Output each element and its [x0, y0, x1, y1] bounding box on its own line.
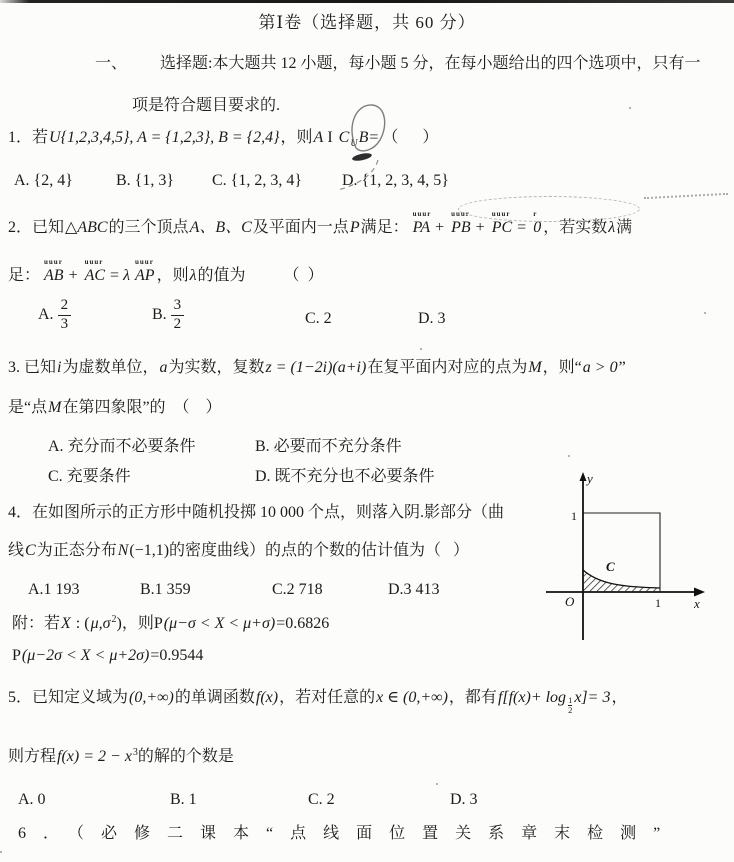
note-value-2: =0.9544: [150, 647, 203, 664]
question-4-stem-line1: 4．在如图所示的正方形中随机投掷 10 000 个点，则落入阴.影部分（曲: [8, 503, 504, 524]
note-text-2: : (: [72, 615, 90, 632]
note-line2: P(μ−2σ < X < μ+2σ)=0.9544: [12, 646, 203, 667]
vector-PC-base: PC: [492, 219, 512, 236]
scan-speckle: [568, 455, 570, 457]
q3-text-1: 3. 已知: [8, 359, 56, 376]
page-title: 第Ⅰ卷（选择题，共 60 分）: [0, 12, 734, 34]
question-5-stem-line2: 则方程f(x) = 2 − x3的解的个数是: [8, 746, 234, 768]
q2-math-P: P: [349, 219, 361, 236]
question-2-stem-line2: 足：uuurAB+uuurAC=λuuurAP，则λ的值为（ ）: [8, 266, 324, 287]
q2-option-c: C. 2: [305, 310, 332, 328]
figure-label-c: C: [606, 559, 615, 574]
q2-text-7: 足：: [8, 267, 40, 284]
vector-PA-base: PA: [413, 219, 430, 236]
log-base-numerator: 1: [568, 695, 572, 705]
vector-AP-base: AP: [135, 267, 155, 284]
q2-text-4: 满足：: [361, 219, 409, 236]
q5-text-4: ，都有: [449, 689, 497, 706]
figure-shaded-region: [583, 570, 660, 592]
q2-option-b-label: B.: [152, 306, 167, 323]
q3-text-4: 在复平面内对应的点为: [367, 359, 527, 376]
section-marker: 一、: [95, 54, 127, 75]
vector-AC: uuurAC: [83, 266, 107, 287]
q4-option-d: D.3 413: [388, 581, 440, 599]
q5-math-fx: f(x): [255, 689, 279, 706]
pen-loop: [352, 105, 385, 151]
vector-PC: uuurPC: [490, 218, 514, 239]
question-3-stem-line1: 3. 已知i为虚数单位，a为实数，复数z = (1−2i)(a+i)在复平面内对…: [8, 358, 626, 379]
q2-math-lambda-1: λ: [607, 219, 616, 236]
q5-text-1: 5．已知定义域为: [8, 689, 128, 706]
q1-option-a: A. {2, 4}: [14, 172, 73, 190]
q3-text-2: 为虚数单位，: [62, 359, 158, 376]
equals-sign: =: [107, 267, 122, 284]
q5-text-2: 的单调函数: [175, 689, 255, 706]
q2-math-lambda-3: λ: [189, 267, 198, 284]
question-5-stem-line1: 5．已知定义域为(0,+∞)的单调函数f(x)，若对任意的x ∈ (0,+∞)，…: [8, 688, 627, 715]
q5-math-x-domain: x ∈ (0,+∞): [375, 689, 449, 706]
vector-PB: uuurPB: [449, 218, 473, 239]
scan-artifact-top-edge: [0, 0, 734, 3]
vector-arrow-mark: uuur: [44, 258, 63, 267]
section-instructions-line1: 选择题:本大题共 12 小题，每小题 5 分，在每小题给出的四个选项中，只有一: [160, 54, 700, 75]
q2-option-a-label: A.: [38, 306, 54, 323]
q2-math-lambda-2: λ: [122, 267, 131, 284]
vector-AB: uuurAB: [42, 266, 66, 287]
q3-math-a-positive: a > 0: [582, 359, 619, 376]
fraction-three-halves: 32: [171, 298, 185, 333]
note-text-4: P: [12, 647, 21, 664]
scan-speckle: [436, 783, 438, 785]
q2-text-1: 2．已知: [8, 219, 64, 236]
fraction-numerator: 3: [171, 298, 185, 315]
q3-option-d: D. 既不充分也不必要条件: [255, 463, 435, 486]
q3-text-8: 在第四象限”的 （ ）: [62, 399, 221, 416]
fraction-denominator: 3: [58, 315, 72, 333]
q2-option-d: D. 3: [418, 310, 446, 328]
question-4-figure: y 1 C O 1 x: [546, 472, 734, 644]
note-value-1: =0.6826: [276, 615, 329, 632]
log-base-one-half: 12: [568, 696, 572, 715]
q5-option-d: D. 3: [450, 791, 478, 809]
q5-option-c: C. 2: [308, 791, 335, 809]
q3-math-a: a: [158, 359, 168, 376]
pen-annotation-q1: [322, 96, 417, 206]
note-math-X: X: [60, 615, 72, 632]
pen-tail: [338, 160, 378, 190]
q3-math-M: M: [527, 359, 542, 376]
q2-option-b: B.32: [152, 298, 184, 333]
q3-option-a: A. 充分而不必要条件: [48, 433, 196, 456]
q5-math-equals-3: x]= 3: [573, 689, 611, 706]
pen-smudge: [352, 152, 373, 162]
vector-arrow-mark: uuur: [85, 258, 104, 267]
scan-speckle: [629, 107, 631, 109]
vector-PB-base: PB: [451, 219, 471, 236]
q4-text-1: 线: [8, 542, 24, 559]
q4-option-b: B.1 359: [140, 581, 191, 599]
scanned-exam-document: 第Ⅰ卷（选择题，共 60 分） 一、 选择题:本大题共 12 小题，每小题 5 …: [0, 0, 734, 862]
q4-text-3: (−1,1)的密度曲线）的点的个数的估计值为（ ）: [129, 542, 469, 559]
note-math-prob1: (μ−σ < X < μ+σ): [163, 615, 276, 632]
plus-sign: +: [432, 219, 447, 236]
vector-AP: uuurAP: [133, 266, 157, 287]
q5-text-3: ，若对任意的: [279, 689, 375, 706]
q5-option-b: B. 1: [170, 791, 197, 809]
q2-text-3: 及平面内一点: [253, 219, 349, 236]
q2-text-2: 的三个顶点: [109, 219, 189, 236]
q3-math-z: z = (1−2i)(a+i): [265, 359, 368, 376]
q1-text-2: ，则: [281, 129, 313, 146]
plus-sign: +: [473, 219, 488, 236]
q4-text-2: 为正态分布: [37, 542, 117, 559]
q4-option-c: C.2 718: [272, 581, 323, 599]
figure-label-y: y: [585, 472, 593, 486]
note-line1: 附：若X : (μ,σ2)，则P(μ−σ < X < μ+σ)=0.6826: [12, 613, 329, 635]
figure-label-x: x: [693, 596, 700, 611]
q2-text-9: 的值为: [198, 267, 246, 284]
q3-math-M2: M: [47, 399, 62, 416]
q3-text-6: ”: [619, 359, 626, 376]
q3-text-7: 是“点: [8, 399, 47, 416]
q5-math-domain: (0,+∞): [128, 689, 175, 706]
q2-math-triangle: △ABC: [64, 219, 109, 236]
figure-y-arrowhead: [580, 472, 587, 481]
q3-option-b: B. 必要而不充分条件: [255, 433, 402, 456]
q5-text-6: 则方程: [8, 748, 56, 765]
q4-math-N: N: [117, 542, 130, 559]
q1-text-1: 1．若: [8, 129, 48, 146]
vector-arrow-mark: uuur: [135, 258, 154, 267]
q2-answer-blank: （ ）: [284, 267, 324, 284]
figure-label-o: O: [565, 594, 575, 609]
question-4-stem-line2: 线C为正态分布N(−1,1)的密度曲线）的点的个数的估计值为（ ）: [8, 541, 469, 562]
figure-tick-x: 1: [655, 596, 661, 610]
q5-text-7: 的解的个数是: [138, 748, 234, 765]
vector-AC-base: AC: [85, 267, 105, 284]
q5-text-5: ，: [611, 689, 627, 706]
q5-math-ffx-log: f[f(x)+ log: [497, 689, 567, 706]
vector-arrow-mark: uuur: [413, 210, 432, 219]
log-base-denominator: 2: [568, 705, 572, 715]
note-text-1: 附：若: [12, 615, 60, 632]
scan-speckle: [420, 348, 422, 350]
note-math-mu-sigma: μ,σ: [90, 615, 112, 632]
pen-annotation-q2-ellipse: [458, 196, 640, 222]
fraction-numerator: 2: [58, 298, 72, 315]
note-text-3: )，则P: [117, 615, 163, 632]
q3-option-c: C. 充要条件: [48, 463, 131, 486]
q4-option-a: A.1 193: [28, 581, 80, 599]
q2-text-8: ，则: [157, 267, 189, 284]
plus-sign: +: [66, 267, 81, 284]
q5-math-equation: f(x) = 2 − x: [56, 748, 133, 765]
q2-text-6: 满: [616, 219, 632, 236]
q2-option-a: A.23: [38, 298, 71, 333]
pen-annotation-q2-dots: [644, 193, 728, 199]
q4-math-C: C: [24, 542, 37, 559]
question-6-stem: 6．（必修二课本“点线面位置关系章末检测”: [18, 824, 677, 845]
note-math-prob2: (μ−2σ < X < μ+2σ): [21, 647, 150, 664]
fraction-two-thirds: 23: [58, 298, 72, 333]
fraction-denominator: 2: [171, 315, 185, 333]
q5-option-a: A. 0: [18, 791, 46, 809]
q2-math-vertices: A、B、C: [189, 219, 253, 236]
question-3-stem-line2: 是“点M在第四象限”的 （ ）: [8, 398, 222, 419]
section-instructions-line2: 项是符合题目要求的.: [132, 96, 280, 117]
vector-AB-base: AB: [44, 267, 64, 284]
q1-option-b: B. {1, 3}: [116, 172, 174, 190]
scan-speckle: [704, 312, 706, 314]
figure-tick-y: 1: [571, 509, 577, 523]
q1-option-c: C. {1, 2, 3, 4}: [212, 172, 302, 190]
vector-PA: uuurPA: [411, 218, 432, 239]
scan-speckle: [0, 851, 2, 853]
q3-text-5: ，则“: [543, 359, 582, 376]
q1-math-sets: U{1,2,3,4,5}, A = {1,2,3}, B = {2,4}: [48, 129, 281, 146]
q3-text-3: 为实数，复数: [168, 359, 264, 376]
